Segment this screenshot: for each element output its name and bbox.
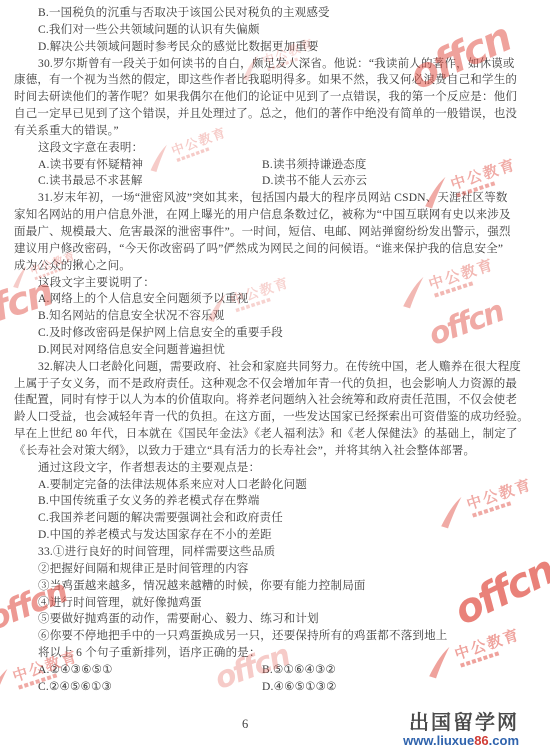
footer-brand: 出国留学网 www.liuxue86.com [403, 713, 519, 747]
option-left: A.②④③⑥⑤① [38, 664, 113, 676]
text-line: A.网络上的个人信息安全问题须予以重视 [14, 291, 514, 308]
text-line: B.中国传统重子女义务的养老模式存在弊端 [14, 493, 514, 510]
site-url: www.liuxue86.com [403, 734, 519, 747]
text-line: B.一国税负的沉重与否取决于该国公民对税负的主观感受 [14, 5, 514, 22]
option-pair-line: A.②④③⑥⑤①B.⑤①⑥④③② [14, 662, 514, 679]
option-pair-line: C.②④⑤⑥①③D.④⑥⑤①③② [14, 679, 514, 696]
text-line: D.网民对网络信息安全问题普遍担忧 [14, 342, 514, 359]
text-line: 这段文字主要说明了： [14, 275, 514, 292]
option-right: B.读书须持谦逊态度 [262, 157, 367, 174]
text-line: 建议用户修改密码，“今天你改密码了吗”俨然成为网民之间的问候语。“谁来保护我的信… [14, 241, 514, 258]
text-line: 面最广、规模最大、危害最深的泄密事件”。一时间，短信、电邮、网站弹窗纷纷发出警示… [14, 224, 514, 241]
option-left: A.读书要有怀疑精神 [38, 159, 143, 171]
text-line: C.我国养老问题的解决需要强调社会和政府责任 [14, 510, 514, 527]
option-left: C.②④⑤⑥①③ [38, 681, 112, 693]
text-line: 通过这段文字，作者想表达的主要观点是： [14, 460, 514, 477]
site-url-prefix: www.liuxue [403, 733, 474, 748]
page-number: 6 [242, 717, 248, 732]
text-line: 康德，有一个视为当然的假定，即这些作者比我聪明得多。如果不然，我又何必浪费自己和… [14, 72, 514, 89]
text-line: D.解决公共领域问题时参考民众的感觉比数据更加重要 [14, 39, 514, 56]
text-line: 《长寿社会对策大纲》，以致力于建立“具有活力的长寿社会”，并将其纳入社会整体部署… [14, 443, 514, 460]
site-url-suffix: .com [489, 733, 519, 748]
site-url-number: 86 [474, 733, 488, 748]
text-line: 上属于子女义务，而不是政府责任。这种观念不仅会增加年青一代的负担，也会影响人力资… [14, 376, 514, 393]
text-line: D.中国的养老模式与发达国家存在不小的差距 [14, 527, 514, 544]
text-line: 自己一定早已见到了这个错误，并且处理过了。总之，他们的著作中绝没有简单的一般错误… [14, 106, 514, 123]
text-line: B.知名网站的信息安全状况不容乐观 [14, 308, 514, 325]
text-line: 佳配置，同时有悖于以人为本的价值取向。将养老问题纳入社会统筹和政府责任范围，不仅… [14, 392, 514, 409]
text-line: ②把握好间隔和规律正是时间管理的内容 [14, 561, 514, 578]
text-line: ④进行时间管理，就好像抛鸡蛋 [14, 595, 514, 612]
text-line: C.我们对一些公共领域问题的认识有失偏颇 [14, 22, 514, 39]
text-line: 有关系重大的错误。” [14, 123, 514, 140]
text-line: ⑥你要不停地把手中的一只鸡蛋换成另一只，还要保持所有的鸡蛋都不落到地上 [14, 628, 514, 645]
text-line: 30.罗尔斯曾有一段关于如何读书的自白，颇足发人深省。他说：“我读前人的著作，如… [14, 56, 514, 73]
text-line: 这段文字意在表明： [14, 140, 514, 157]
text-line: A.要制定完备的法律法规体系来应对人口老龄化问题 [14, 477, 514, 494]
text-line: 成为公众的揪心之问。 [14, 258, 514, 275]
option-right: D.读书不能人云亦云 [262, 173, 367, 190]
document-lines: B.一国税负的沉重与否取决于该国公民对税负的主观感受C.我们对一些公共领域问题的… [14, 5, 514, 696]
option-right: B.⑤①⑥④③② [262, 662, 336, 679]
text-line: 时间去研读他们的著作呢？如果我偶尔在他们的论证中见到了一点错误，我的第一个反应是… [14, 89, 514, 106]
option-left: C.读书最忌不求甚解 [38, 175, 143, 187]
text-line: ⑤要做好抛鸡蛋的动作，需要耐心、毅力、练习和计划 [14, 611, 514, 628]
option-pair-line: A.读书要有怀疑精神B.读书须持谦逊态度 [14, 157, 514, 174]
option-right: D.④⑥⑤①③② [262, 679, 337, 696]
text-line: 32.解决人口老龄化问题，需要政府、社会和家庭共同努力。在传统中国，老人赡养在很… [14, 359, 514, 376]
text-line: 31.岁末年初，一场“泄密风波”突如其来，包括国内最大的程序员网站 CSDN、天… [14, 190, 514, 207]
text-line: 33.①进行良好的时间管理，同样需要这些品质 [14, 544, 514, 561]
text-line: 家知名网站的用户信息外泄，在网上曝光的用户信息条数过亿，被称为“中国互联网有史以… [14, 207, 514, 224]
text-line: C.及时修改密码是保护网上信息安全的重要手段 [14, 325, 514, 342]
option-pair-line: C.读书最忌不求甚解D.读书不能人云亦云 [14, 173, 514, 190]
text-line: ③当鸡蛋越来越多，情况越来越糟的时候，你要有能力控制局面 [14, 578, 514, 595]
site-name: 出国留学网 [403, 713, 519, 734]
text-line: 龄人口受益，也会减轻年青一代的负担。在这方面，一些发达国家已经探索出可资借鉴的成… [14, 409, 514, 426]
text-line: 早在上世纪 80 年代，日本就在《国民年金法》《老人福利法》和《老人保健法》的基… [14, 426, 514, 443]
text-line: 将以上 6 个句子重新排列，语序正确的是： [14, 645, 514, 662]
